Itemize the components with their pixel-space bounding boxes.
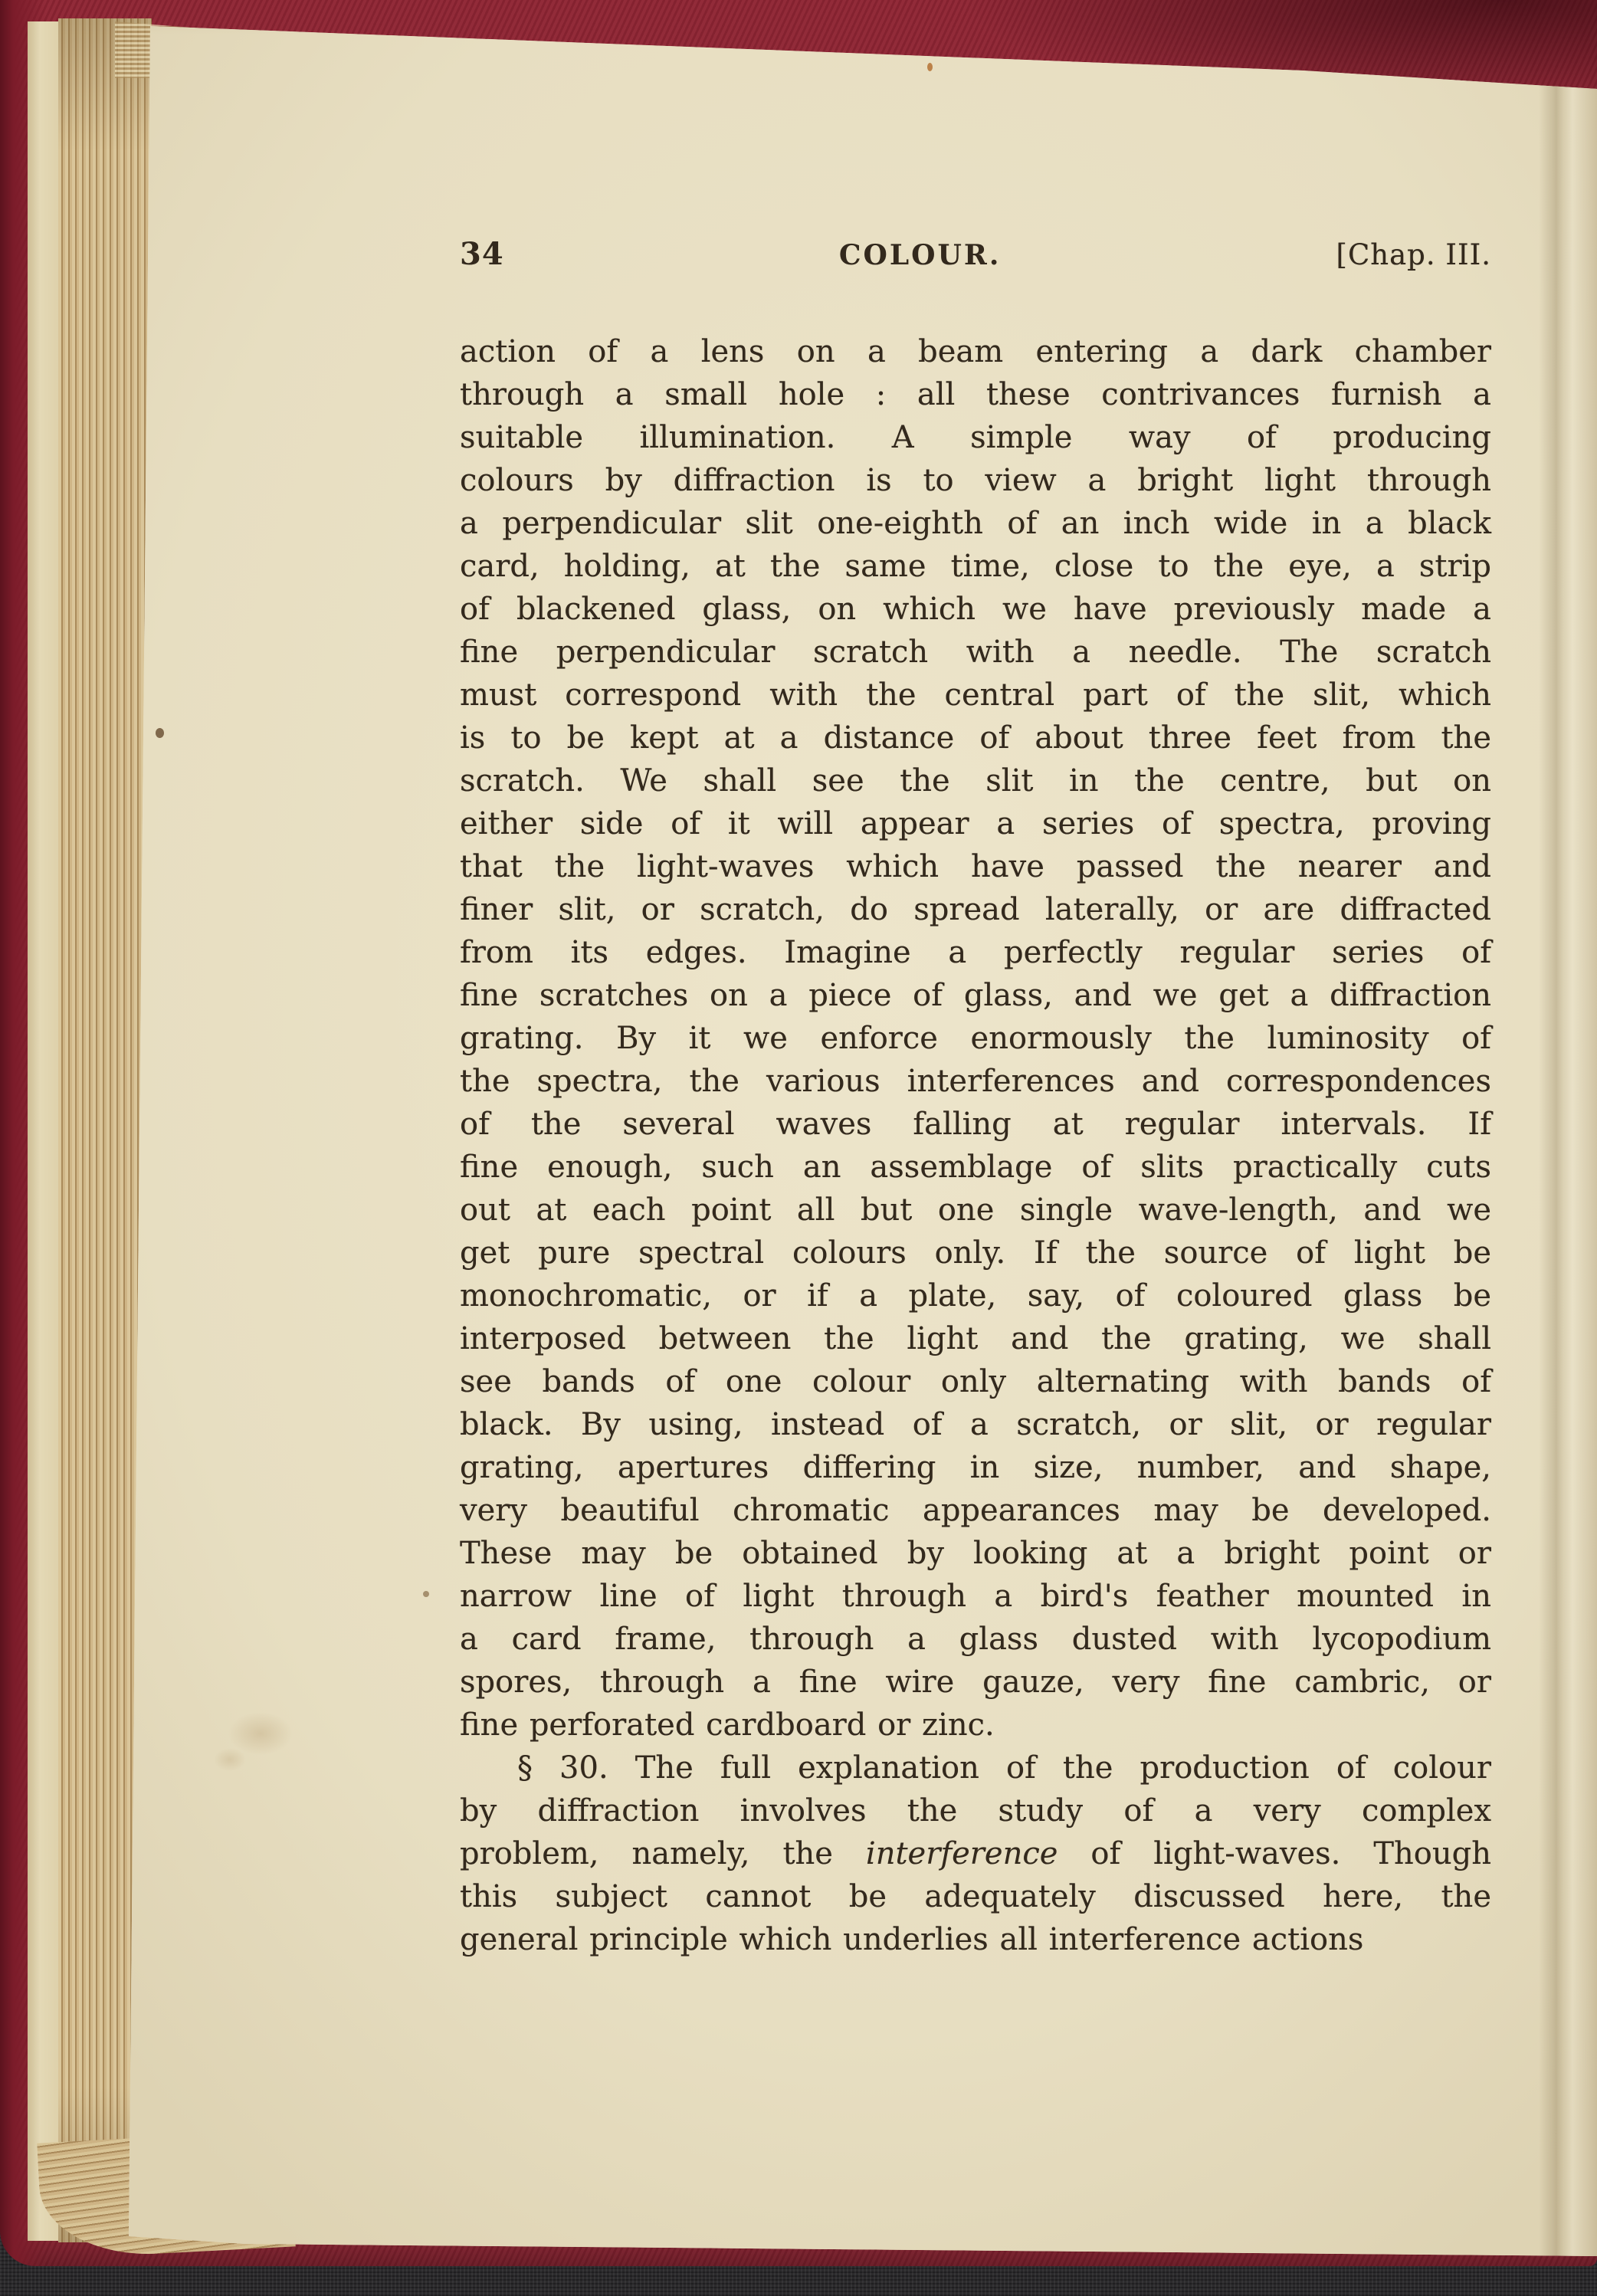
text-line: see bands of one colour only alternating…	[460, 1360, 1491, 1403]
text-line: colours by diffraction is to view a brig…	[460, 459, 1491, 502]
text-line: of the several waves falling at regular …	[460, 1103, 1491, 1146]
text-line: must correspond with the central part of…	[460, 674, 1491, 717]
chapter-label: [Chap. III.	[1336, 238, 1491, 271]
page-number: 34	[460, 236, 504, 272]
paper-speck	[156, 728, 164, 738]
text-line: is to be kept at a distance of about thr…	[460, 717, 1491, 759]
italic-term: interference	[866, 1836, 1058, 1871]
text-line: the spectra, the various interferences a…	[460, 1060, 1491, 1103]
gutter-shadow	[1539, 69, 1597, 2258]
text-segment: problem, namely, the	[460, 1836, 866, 1871]
text-line: a perpendicular slit one-eighth of an in…	[460, 502, 1491, 545]
text-line: out at each point all but one single wav…	[460, 1189, 1491, 1232]
text-line: card, holding, at the same time, close t…	[460, 545, 1491, 588]
text-line: grating. By it we enforce enormously the…	[460, 1017, 1491, 1060]
text-line: either side of it will appear a series o…	[460, 802, 1491, 845]
text-line: monochromatic, or if a plate, say, of co…	[460, 1274, 1491, 1317]
text-segment: of light-waves. Though	[1058, 1836, 1491, 1871]
paper-speck	[423, 1591, 429, 1597]
text-line: spores, through a fine wire gauze, very …	[460, 1661, 1491, 1704]
page-header: 34 COLOUR. [Chap. III.	[460, 236, 1491, 284]
book-photo: 34 COLOUR. [Chap. III. action of a lens …	[0, 0, 1597, 2296]
text-line: scratch. We shall see the slit in the ce…	[460, 759, 1491, 802]
text-line: interposed between the light and the gra…	[460, 1317, 1491, 1360]
text-line: fine perpendicular scratch with a needle…	[460, 631, 1491, 674]
text-line: action of a lens on a beam entering a da…	[460, 330, 1491, 373]
text-line: get pure spectral colours only. If the s…	[460, 1232, 1491, 1274]
text-line: from its edges. Imagine a perfectly regu…	[460, 931, 1491, 974]
running-title: COLOUR.	[839, 239, 1002, 271]
paper-speck	[927, 63, 933, 71]
text-line: that the light-waves which have passed t…	[460, 845, 1491, 888]
text-line: by diffraction involves the study of a v…	[460, 1789, 1491, 1832]
page-edge-flyleaf	[28, 21, 58, 2241]
text-line: These may be obtained by looking at a br…	[460, 1532, 1491, 1575]
book-page: 34 COLOUR. [Chap. III. action of a lens …	[0, 0, 1597, 2296]
text-line: fine perforated cardboard or zinc.	[460, 1704, 1491, 1747]
text-line: this subject cannot be adequately discus…	[460, 1875, 1491, 1918]
text-line: grating, apertures differing in size, nu…	[460, 1446, 1491, 1489]
text-line: suitable illumination. A simple way of p…	[460, 416, 1491, 459]
body-text: action of a lens on a beam entering a da…	[460, 330, 1491, 1961]
text-line: narrow line of light through a bird's fe…	[460, 1575, 1491, 1618]
text-line: black. By using, instead of a scratch, o…	[460, 1403, 1491, 1446]
text-line: problem, namely, the interference of lig…	[460, 1832, 1491, 1875]
text-line: fine scratches on a piece of glass, and …	[460, 974, 1491, 1017]
text-line: general principle which underlies all in…	[460, 1918, 1491, 1961]
text-line: very beautiful chromatic appearances may…	[460, 1489, 1491, 1532]
text-line: fine enough, such an assemblage of slits…	[460, 1146, 1491, 1189]
text-line: § 30. The full explanation of the produc…	[460, 1747, 1491, 1789]
text-line: through a small hole : all these contriv…	[460, 373, 1491, 416]
text-line: finer slit, or scratch, do spread latera…	[460, 888, 1491, 931]
text-line: of blackened glass, on which we have pre…	[460, 588, 1491, 631]
text-line: a card frame, through a glass dusted wit…	[460, 1618, 1491, 1661]
